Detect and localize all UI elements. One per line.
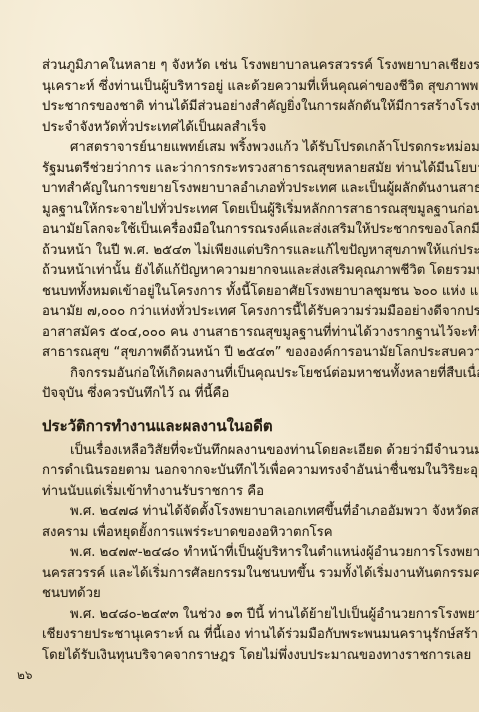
text-line: บาทสำคัญในการขยายโรงพยาบาลอำเภอทั่วประเท… xyxy=(42,179,456,200)
text-line: อนามัยโลกจะใช้เป็นเครื่องมือในการรณรงค์แ… xyxy=(42,220,456,241)
text-line: รัฐมนตรีช่วยว่าการ และว่าการกระทรวงสาธาร… xyxy=(42,159,456,180)
text-line: ชนบททั้งหมดเข้าอยู่ในโครงการ ทั้งนี้โดยอ… xyxy=(42,282,456,303)
text-line: สงคราม เพื่อหยุดยั้งการแพร่ระบาดของอหิวา… xyxy=(42,523,456,544)
paragraph: พ.ศ. ๒๔๗๙-๒๔๘๐ ทำหน้าที่เป็นผู้บริหารในต… xyxy=(42,543,456,605)
paragraph: พ.ศ. ๒๔๘๐-๒๔๙๓ ในช่วง ๑๓ ปีนี้ ท่านได้ย้… xyxy=(42,605,456,667)
paragraph: ส่วนภูมิภาคในหลาย ๆ จังหวัด เช่น โรงพยาบ… xyxy=(42,56,456,138)
page-number: ๒๖ xyxy=(17,666,33,685)
text-line: ส่วนภูมิภาคในหลาย ๆ จังหวัด เช่น โรงพยาบ… xyxy=(42,56,456,77)
paragraph: เป็นเรื่องเหลือวิสัยที่จะบันทึกผลงานของท… xyxy=(42,441,456,503)
text-line: ชนบทด้วย xyxy=(42,584,456,605)
text-line: อนามัย ๗,๐๐๐ กว่าแห่งทั่วประเทศ โครงการน… xyxy=(42,302,456,323)
text-line: ถ้วนหน้าเท่านั้น ยังได้แก้ปัญหาความยากจน… xyxy=(42,261,456,282)
document-page: ส่วนภูมิภาคในหลาย ๆ จังหวัด เช่น โรงพยาบ… xyxy=(0,0,479,712)
text-line: โดยได้รับเงินทุนบริจาคจากราษฎร โดยไม่พึ่… xyxy=(42,646,456,667)
text-line: ปัจจุบัน ซึ่งควรบันทึกไว้ ณ ที่นี้คือ xyxy=(42,384,456,405)
text-line: การดำเนินรอยตาม นอกจากจะบันทึกไว้เพื่อคว… xyxy=(42,461,456,482)
paragraph: พ.ศ. ๒๔๗๘ ท่านได้จัดตั้งโรงพยาบาลเอกเทศข… xyxy=(42,502,456,543)
text-line: นครสวรรค์ และได้เริ่มการศัลยกรรมในชนบทขึ… xyxy=(42,564,456,585)
section-heading: ประวัติการทำงานและผลงานในอดีต xyxy=(42,414,456,438)
paragraph: กิจกรรมอันก่อให้เกิดผลงานที่เป็นคุณประโย… xyxy=(42,364,456,405)
text-line: อาสาสมัคร ๕๐๔,๐๐๐ คน งานสาธารณสุขมูลฐานท… xyxy=(42,323,456,344)
text-body: ส่วนภูมิภาคในหลาย ๆ จังหวัด เช่น โรงพยาบ… xyxy=(42,56,456,666)
text-line: สาธารณสุข “สุขภาพดีถ้วนหน้า ปี ๒๕๔๓” ของ… xyxy=(42,343,456,364)
text-line: พ.ศ. ๒๔๗๙-๒๔๘๐ ทำหน้าที่เป็นผู้บริหารในต… xyxy=(42,543,456,564)
text-line: ท่านนับแต่เริ่มเข้าทำงานรับราชการ คือ xyxy=(42,482,456,503)
text-line: กิจกรรมอันก่อให้เกิดผลงานที่เป็นคุณประโย… xyxy=(42,364,456,385)
text-line: ศาสตราจารย์นายแพทย์เสม พริ้งพวงแก้ว ได้ร… xyxy=(42,138,456,159)
text-line: นุเคราะห์ ซึ่งท่านเป็นผู้บริหารอยู่ และด… xyxy=(42,77,456,98)
text-line: เป็นเรื่องเหลือวิสัยที่จะบันทึกผลงานของท… xyxy=(42,441,456,462)
text-line: ถ้วนหน้า ในปี พ.ศ. ๒๕๔๓ ไม่เพียงแต่บริกา… xyxy=(42,241,456,262)
text-line: มูลฐานให้กระจายไปทั่วประเทศ โดยเป็นผู้ริ… xyxy=(42,200,456,221)
text-line: ประชากรของชาติ ท่านได้มีส่วนอย่างสำคัญยิ… xyxy=(42,97,456,118)
text-line: พ.ศ. ๒๔๘๐-๒๔๙๓ ในช่วง ๑๓ ปีนี้ ท่านได้ย้… xyxy=(42,605,456,626)
text-line: พ.ศ. ๒๔๗๘ ท่านได้จัดตั้งโรงพยาบาลเอกเทศข… xyxy=(42,502,456,523)
paragraph: ศาสตราจารย์นายแพทย์เสม พริ้งพวงแก้ว ได้ร… xyxy=(42,138,456,364)
text-line: ประจำจังหวัดทั่วประเทศได้เป็นผลสำเร็จ xyxy=(42,118,456,139)
text-line: เชียงรายประชานุเคราะห์ ณ ที่นี้เอง ท่านไ… xyxy=(42,625,456,646)
